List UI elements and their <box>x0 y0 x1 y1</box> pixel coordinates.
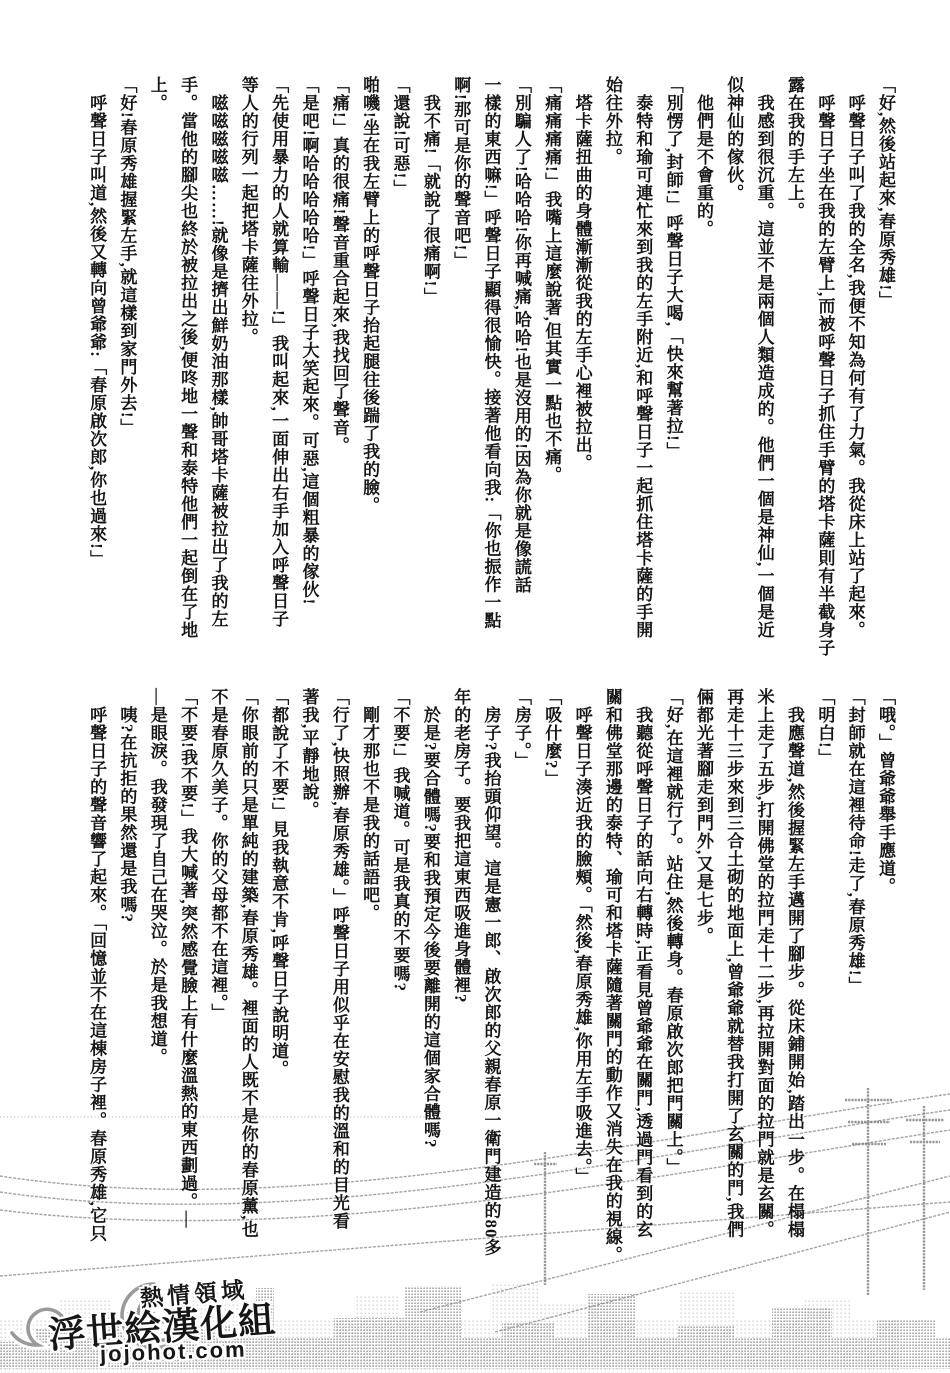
text-column: 似神仙的傢伙。 <box>718 76 748 680</box>
text-column: 剛才那也不是我的話語吧。 <box>354 688 384 1292</box>
text-column: 他們是不會重的。 <box>688 76 718 680</box>
text-column: 「都說了不要!」見我執意不肯,呼聲日子說明道。 <box>263 688 293 1292</box>
scanlation-watermark: 熱情領域 浮世絵漢化組 jojohot.com <box>4 1278 344 1373</box>
text-column: 等人的行列一起把塔卡薩往外拉。 <box>232 76 262 680</box>
scanned-novel-page: 「好,然後站起來,春原秀雄!」 呼聲日子叫了我的全名,我便不知為何有了力氣。我從… <box>0 0 950 1373</box>
text-column: 始往外拉。 <box>597 76 627 680</box>
text-column: 露在我的手左上。 <box>779 76 809 680</box>
text-column: 「痛!」真的很痛!聲音重合起來,我找回了聲音。 <box>323 76 353 680</box>
text-column: 啪嘰!坐在我左臂上的呼聲日子抬起腿往後踹了我的臉。 <box>354 76 384 680</box>
text-column: 手。當他的腳尖也終於被拉出之後,便咚地一聲和泰特他們一起倒在了地 <box>172 76 202 680</box>
text-column: 「還說!可惡!」 <box>384 76 414 680</box>
text-column: 於是?要合體嗎?要和我預定今後要離開的這個家合體嗎? <box>415 688 445 1292</box>
text-column: 「是吧!啊哈哈哈哈哈!」呼聲日子大笑起來。可惡,這個粗暴的傢伙! <box>293 76 323 680</box>
bottom-text-block: 「哦。」曾爺爺舉手應道。「封師就在這裡待命!走了,春原秀雄!」「明白!」 我應聲… <box>81 688 900 1292</box>
text-column: 「行了,快照辦,春原秀雄。」呼聲日子用似乎在安慰我的溫和的目光看 <box>323 688 353 1292</box>
text-column: 「別愣了,封師!」呼聲日子大喝,「快來幫著拉!」 <box>657 76 687 680</box>
text-column: 「先使用暴力的人就算輸——!」我叫起來,一面伸出右手加入呼聲日子 <box>263 76 293 680</box>
text-column: 我應聲道,然後握緊左手邁開了腳步。從床鋪開始,踏出一步。在榻榻 <box>779 688 809 1292</box>
text-column: 「明白!」 <box>809 688 839 1292</box>
text-column: 泰特和瑜可連忙來到我的左手附近,和呼聲日子一起抓住塔卡薩的手開 <box>627 76 657 680</box>
text-column: 呼聲日子坐在我的左臂上,而被呼聲日子抓住手臂的塔卡薩則有半截身子 <box>809 76 839 680</box>
text-column: 我感到很沉重。這並不是兩個人類造成的。他們一個是神仙,一個是近 <box>748 76 778 680</box>
text-column: 呼聲日子湊近我的臉頰。「然後,春原秀雄,你用左手吸進去。」 <box>566 688 596 1292</box>
text-column: 不是春原久美子。你的父母都不在這裡。」 <box>202 688 232 1292</box>
text-column: 倆都光著腳走到門外,又是七步。 <box>688 688 718 1292</box>
text-column: —是眼淚。我發現了自己在哭泣。於是我想道。 <box>141 688 171 1292</box>
text-column: 「吸什麼?」 <box>536 688 566 1292</box>
text-column: 米上走了五步,打開佛堂的拉門走十二步,再拉開對面的拉門就是玄關。 <box>748 688 778 1292</box>
watermark-site-url: jojohot.com <box>100 1336 247 1367</box>
text-column: 「好!春原秀雄握緊左手,就這樣到家門外去!」 <box>111 76 141 680</box>
top-text-block: 「好,然後站起來,春原秀雄!」 呼聲日子叫了我的全名,我便不知為何有了力氣。我從… <box>81 76 900 680</box>
text-column: 呼聲日子叫了我的全名,我便不知為何有了力氣。我從床上站了起來。 <box>839 76 869 680</box>
text-column: 呼聲日子的聲音響了起來。「回憶並不在這棟房子裡。春原秀雄,它只 <box>81 688 111 1292</box>
text-column: 塔卡薩扭曲的身體漸漸從我的左手心裡被拉出。 <box>566 76 596 680</box>
text-column: 咦?在抗拒的果然還是我嗎? <box>111 688 141 1292</box>
text-column: 「你眼前的只是單純的建築,春原秀雄。裡面的人既不是你的春原薰,也 <box>232 688 262 1292</box>
text-column: 嗞嗞嗞嗞嗞……!就像是擠出鮮奶油那樣,帥哥塔卡薩被拉出了我的左 <box>202 76 232 680</box>
text-column: 上。 <box>141 76 171 680</box>
text-column: 房子?我抬頭仰望。這是憲一郎、啟次郎的父親春原一衛門建造的80多 <box>475 688 505 1292</box>
text-column: 再走十三步來到三合土砌的地面上,曾爺爺就替我打開了玄關的門,我們 <box>718 688 748 1292</box>
text-column: 我不痛!「就說了很痛啊!」 <box>415 76 445 680</box>
text-column: 「封師就在這裡待命!走了,春原秀雄!」 <box>839 688 869 1292</box>
text-column: 「不要!我不要!」我大喊著,突然感覺臉上有什麼溫熱的東西劃過。— <box>172 688 202 1292</box>
text-column: 著我,平靜地說。 <box>293 688 323 1292</box>
text-column: 「不要!」我喊道。可是我真的不要嗎? <box>384 688 414 1292</box>
text-column: 一樣的東西嘛!」呼聲日子顯得很愉快。接著他看向我:「你也振作一點 <box>475 76 505 680</box>
text-column: 「好,在這裡就行了。站住,然後轉身。春原啟次郎把門關上。」 <box>657 688 687 1292</box>
text-column: 年的老房子。要我把這東西吸進身體裡? <box>445 688 475 1292</box>
text-column: 「痛痛痛痛!」我嘴上這麼說著,但其實一點也不痛。 <box>536 76 566 680</box>
text-column: 「好,然後站起來,春原秀雄!」 <box>870 76 900 680</box>
text-column: 啊!那可是你的聲音吧!」 <box>445 76 475 680</box>
text-column: 「哦。」曾爺爺舉手應道。 <box>870 688 900 1292</box>
text-column: 我聽從呼聲日子的話向右轉時,正看見曾爺爺在關門,透過門看到的玄 <box>627 688 657 1292</box>
text-column: 「房子。」 <box>506 688 536 1292</box>
text-column: 關和佛堂那邊的泰特、瑜可和塔卡薩隨著關門的動作又消失在我的視線。 <box>597 688 627 1292</box>
text-column: 「別騙人了!哈哈哈!你再喊痛,哈哈!也是沒用的!因為你就是像謊話 <box>506 76 536 680</box>
text-column: 呼聲日子叫道,然後又轉向曾爺爺:「春原啟次郎,你也過來!」 <box>81 76 111 680</box>
